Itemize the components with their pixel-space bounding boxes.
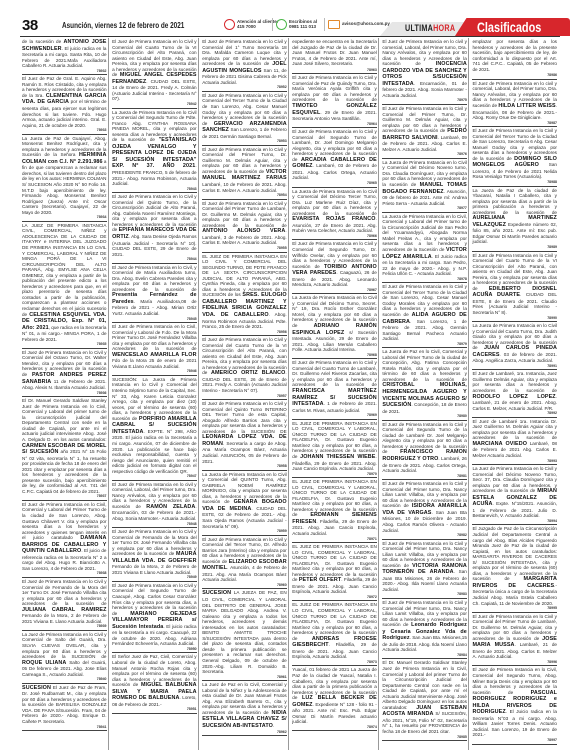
notice-code: 78957 xyxy=(202,394,287,398)
legal-notice: El Juez de Primera Instancia en lo Civil… xyxy=(472,127,557,186)
legal-notice: La Jueza de Primera Instancia en lo Civi… xyxy=(292,188,377,241)
section-badge: Clasificados xyxy=(455,18,570,36)
legal-notice: El Juez de Primera Instancia en lo Civil… xyxy=(382,105,467,159)
column-3: El Juez de Primera Instancia en lo Civil… xyxy=(202,38,289,750)
legal-notice: El Juez de Primera Instancia en lo Civil… xyxy=(382,599,467,659)
notice-code: 78976 xyxy=(382,152,467,156)
legal-notice: La Jueza de Paz de Guajayví, Abog. Monse… xyxy=(22,135,107,222)
legal-notice: La Jueza de Primera Instancia en lo Civi… xyxy=(112,109,197,194)
section-title: Clasificados xyxy=(477,19,541,35)
brand-logo: ULTIMAHORA xyxy=(405,23,455,33)
notice-text: El Juez de Paz de Fram, Dr. José Rudbarn… xyxy=(22,685,107,724)
notice-code: 78986 xyxy=(472,73,557,77)
notice-text: El Dr. Manuel Gerardo Saldivar Stanley J… xyxy=(22,398,107,442)
legal-notice: El Juez de Primera Instancia en lo civil… xyxy=(112,481,197,528)
notice-text: La Jueza de Paz en lo Civil, Comercial y… xyxy=(382,349,467,382)
decedent-name: ANTONIO ALONSO VERA xyxy=(202,228,285,234)
newspaper-page: 38 Asunción, viernes 12 de febrero de 20… xyxy=(0,0,580,756)
legal-notice: El Juez de Primera Instancia en lo civil… xyxy=(472,80,557,127)
legal-notice: EL JUEZ DE PRIMERA INSTANCIA EN LO CIVIL… xyxy=(292,478,377,543)
whatsapp-contact: Escribinos al0981 111 013 xyxy=(276,16,317,32)
legal-notice: El Juez de Primera Instancia en lo Civil… xyxy=(202,200,287,253)
notice-text: La Juez de Primera Instancia en lo Civil… xyxy=(22,632,107,659)
decedent-name: SUCESION xyxy=(202,590,231,596)
notice-code: 78997 xyxy=(472,738,557,742)
notice-code: 78967 xyxy=(292,288,377,292)
legal-notice: El Juez de Primera Instancia en lo Civil… xyxy=(382,283,467,348)
decedent-name: SUCESION xyxy=(22,685,51,691)
legal-notice: El Juez de Primera Instancia en lo Civil… xyxy=(112,323,197,376)
notice-code: 78950 xyxy=(112,647,197,651)
legal-notice: El Juez de Primera Instancia en lo civil… xyxy=(382,38,467,105)
notice-code: 78961 xyxy=(202,675,287,679)
whatsapp-icon xyxy=(276,19,287,30)
contact-value: 415 7000 xyxy=(237,24,256,29)
column-2: El Juez de Primera Instancia en lo Civil… xyxy=(112,38,199,750)
notice-code: 78949 xyxy=(112,575,197,579)
notice-code: 78972 xyxy=(292,595,377,599)
notice-code: 78936 xyxy=(22,391,107,395)
notice-text: El Juez de Primera Instancia en lo Civil… xyxy=(112,265,197,292)
notice-code: 78958 xyxy=(202,464,287,468)
notice-code: 78951 xyxy=(112,707,197,711)
contact-label: Escribinos al xyxy=(289,19,317,24)
notice-code: 78948 xyxy=(112,522,197,526)
notice-text: El Juez de Primera Instancia en lo Civil… xyxy=(112,324,197,351)
legal-notice: El Juez de Primera Instancia en lo Civil… xyxy=(112,528,197,582)
legal-notice: El Juzgado de Paz de la Circunscripción … xyxy=(472,525,557,612)
notice-code: 78935 xyxy=(22,342,107,346)
notice-text: El Juez de Primera Instancia en lo Civil… xyxy=(202,201,287,228)
notice-code: 78984 xyxy=(382,653,467,657)
notice-code: 78943 xyxy=(112,187,197,191)
legal-notice: El Juez de Lambaré 1ra. Instancia Dr. Ju… xyxy=(472,418,557,465)
legal-notice: El Juez de Primera Instancia en lo Civil… xyxy=(202,336,287,400)
notice-code: 78944 xyxy=(112,257,197,261)
notice-text: Fdo de la Mora 25 de enero de 2021 Vivia… xyxy=(112,358,197,369)
notice-code: 78973 xyxy=(292,660,377,664)
legal-notice: La Jueza de Primera Instancia en lo Civi… xyxy=(292,294,377,359)
notice-text: El Juez de Lambaré, 1ra. Instancia, Juez… xyxy=(472,371,557,393)
notice-code: 78954 xyxy=(202,193,287,197)
notice-text: EL JUEZ DE PRIMERA INSTANCIA EN LO CIVIL… xyxy=(202,254,287,298)
notice-text: año 2021 N° 15 Folio N° 02 vita, secreta… xyxy=(22,449,107,494)
decedent-name: JULIANA CABRAL RAMIREZ xyxy=(22,607,107,613)
column-1: de la sucesión de ANTONIO JOSE SCHWENDLE… xyxy=(22,38,109,750)
notice-code: 78996 xyxy=(472,660,557,664)
notice-text: La Jueza de Paz de la ciudad de Ybacaraí… xyxy=(472,188,557,215)
notice-text: El Juez de Lambaré 1ra. Instancia Dr. Ju… xyxy=(472,419,557,441)
legal-notice: EL JUEZ DE PRIMERA INSTANCIA EN LO CIVIL… xyxy=(292,543,377,601)
legal-notice: La Jueza de Primera Instancia en lo Civi… xyxy=(472,322,557,370)
legal-notice: El Juez de Primera Instancia en lo Civil… xyxy=(112,193,197,264)
legal-notice: SUCESION El Juez de Paz de Fram, Dr. Jos… xyxy=(22,684,107,731)
notice-text: . EXPTE. N° 298, AÑO 2020. El juicio rad… xyxy=(112,429,197,474)
decedent-name: RAMÓN ZELADA xyxy=(146,504,195,510)
legal-notice: El Juez de Primera Instancia en lo Civil… xyxy=(382,421,467,480)
notice-code: 78995 xyxy=(472,606,557,610)
phone-icon xyxy=(224,19,235,30)
notice-code: 78974 xyxy=(292,725,377,729)
column-6: emplazar por sesenta días a los heredero… xyxy=(472,38,558,750)
notice-text: El Juez de Primera Instancia en lo Civil… xyxy=(202,401,287,434)
notice-text: Fernando de la Mora, 2 de Febrero de 202… xyxy=(22,613,107,624)
notice-text: Lambaré, 10 de Febrero de 2021. Abog. Ca… xyxy=(202,182,287,193)
legal-notice: El Juez de Primera Instancia en lo Civil… xyxy=(472,613,557,667)
notice-code: 78939 xyxy=(22,624,107,628)
notice-code: 78934 xyxy=(22,215,107,219)
notice-code: 78969 xyxy=(292,413,377,417)
notice-text: El Juez de Primera Instancia en lo Civil… xyxy=(292,75,377,102)
page-header: 38 Asunción, viernes 12 de febrero de 20… xyxy=(0,0,580,34)
notice-code: 78962 xyxy=(202,730,287,734)
legal-notice: El Juez de Paz de Gral. E. Aquino Abg. R… xyxy=(22,75,107,134)
notice-code: 78955 xyxy=(202,246,287,250)
legal-notice: El Juez de Primera Instancia en lo Civil… xyxy=(292,359,377,419)
decedent-name: JOHANN THIESSEN WIEBE xyxy=(300,454,375,460)
notice-code: 78968 xyxy=(292,353,377,357)
notice-code: 78942 xyxy=(112,102,197,106)
legal-notice: SUCESIÓN: La Jueza de Primera Instancia … xyxy=(112,376,197,481)
notice-text: La Jueza de Primera Instancia en lo Civi… xyxy=(292,189,377,216)
notice-code: 78990 xyxy=(472,316,557,320)
notice-text: emplazar por sesenta días a los heredero… xyxy=(472,39,557,72)
notice-code: 78963 xyxy=(292,68,377,72)
brand-part2: HORA xyxy=(433,23,455,33)
decedent-name: MARCIANA OVIEDO xyxy=(472,441,527,447)
notice-code: 78988 xyxy=(472,180,557,184)
notice-code: 78965 xyxy=(292,181,377,185)
contact-value: avisos@uhora.com.py xyxy=(342,21,390,27)
decedent-name: RODOLFO LOPEZ LOPEZ xyxy=(472,394,555,400)
legal-notice: de la sucesión de ANTONIO JOSE SCHWENDLE… xyxy=(22,38,107,75)
legal-notice: El Juez de Primera Instancia en lo Civil… xyxy=(202,400,287,471)
notice-code: 78940 xyxy=(22,677,107,681)
column-4: expediente se encuentra en la Secretaría… xyxy=(292,38,379,750)
legal-notice: La Juez de Paz en lo Civil, Comercial y … xyxy=(202,681,287,736)
notice-text: LA JUEZ DE PRIMERA INSTANCIA CIVIL, COME… xyxy=(22,223,107,317)
legal-notice: El Juez de Primera Instancia en lo Civil… xyxy=(472,666,557,744)
decedent-name: AMERICO ORTIZ BLANCO xyxy=(211,370,285,376)
legal-notice: El Juez de Primera Instancia en lo Civil… xyxy=(202,92,287,146)
legal-notice: emplazar por sesenta días a los heredero… xyxy=(472,38,557,80)
legal-notice: El Juez de Primera Instancia en lo Civil… xyxy=(202,38,287,92)
notice-code: 78947 xyxy=(112,474,197,478)
legal-notice: EL JUEZ DE PRIMERA INSTANCIA EN LO CIVIL… xyxy=(202,253,287,337)
decedent-name: HILDA LITTER WEISS xyxy=(498,103,555,109)
customer-service-contact: Atención al cliente:415 7000 xyxy=(224,16,278,32)
legal-notice: El Juez de Primera Instancia en lo Civil… xyxy=(382,540,467,599)
notice-text: . xyxy=(273,723,274,728)
notice-code: 78970 xyxy=(292,472,377,476)
page-number: 38 xyxy=(22,17,38,34)
notice-text: El Juez de Primera Instancia en lo Civil… xyxy=(22,579,107,606)
legal-notice: El Juez de Primera Instancia en lo Civil… xyxy=(202,146,287,200)
notice-code: 78983 xyxy=(382,592,467,596)
legal-notice: EL JUEZ DE PRIMERA INSTANCIA EN LO CIVIL… xyxy=(292,420,377,478)
divider xyxy=(324,18,325,31)
legal-notice: LA JUEZ DE PRIMERA INSTANCIA CIVIL, COME… xyxy=(22,222,107,349)
legal-notice: La Jueza de Primera Instancia en lo Civi… xyxy=(202,471,287,536)
notice-code: 78992 xyxy=(472,411,557,415)
notice-text: El Dr. Manuel Gerardo Saldivar Stanley J… xyxy=(382,660,467,709)
email-contact: avisos@uhora.com.py xyxy=(328,16,390,32)
legal-notice: La Juez de Primera Instancia en lo Civil… xyxy=(472,465,557,525)
legal-notice: expediente se encuentra en la Secretaría… xyxy=(292,38,377,74)
notice-code: 78977 xyxy=(382,206,467,210)
notice-code: 78982 xyxy=(382,533,467,537)
notice-text: expediente se encuentra en la Secretaría… xyxy=(292,39,377,66)
notice-code: 78979 xyxy=(382,342,467,346)
legal-notice: El Juez de Primera Instancia en lo Civil… xyxy=(382,480,467,539)
notice-code: 78960 xyxy=(202,583,287,587)
notice-code: 78985 xyxy=(382,735,467,739)
legal-notice: El Juez de Primera Instancia en lo Civil… xyxy=(112,582,197,654)
notice-code: 78981 xyxy=(382,474,467,478)
notice-code: 78953 xyxy=(202,139,287,143)
dateline: Asunción, viernes 12 de febrero de 2021 xyxy=(62,21,184,30)
notice-code: 78937 xyxy=(22,494,107,498)
legal-notice: La Jueza de Paz de la ciudad de Ybacaraí… xyxy=(472,187,557,252)
notice-code: 78987 xyxy=(472,121,557,125)
notice-code: 78964 xyxy=(292,122,377,126)
legal-notice: El Juez de Primera Instancia en lo Civil… xyxy=(472,252,557,323)
notice-text: de la sucesión de xyxy=(22,39,64,44)
notice-code: 78932 xyxy=(22,69,107,73)
notice-code: 78994 xyxy=(472,519,557,523)
legal-notice: El Juez de Primera Instancia en lo Civil… xyxy=(112,264,197,323)
legal-notice: El Dr. Manuel Gerardo Saldivar Stanley J… xyxy=(22,397,107,501)
legal-notice: El Juez de Primera Instancia en lo Civil… xyxy=(292,74,377,128)
notice-code: 78945 xyxy=(112,317,197,321)
legal-notice: El Juez de Primera Instancia en lo Civil… xyxy=(22,501,107,578)
notice-code: 78966 xyxy=(292,234,377,238)
brand-part1: ULTIMA xyxy=(405,23,433,33)
notice-code: 78952 xyxy=(202,85,287,89)
notice-text: a fin de que comparezcan a reclamar sus … xyxy=(22,159,107,215)
column-5: El Juez de Primera Instancia en lo civil… xyxy=(382,38,469,750)
notice-code: 78959 xyxy=(202,529,287,533)
legal-notice: El Juez de Primera Instancia en lo Civil… xyxy=(202,536,287,590)
legal-notice: La Jueza de Primera Instancia en lo Civi… xyxy=(382,159,467,213)
notice-code: 78941 xyxy=(22,725,107,729)
header-rule xyxy=(20,36,560,37)
legal-notice: La Jueza de Paz en lo Civil, Comercial y… xyxy=(382,348,467,421)
legal-notice: El Señor Juez de Paz, Civil, Comercial y… xyxy=(112,653,197,713)
decedent-name: PETER OLFERT xyxy=(299,577,341,583)
contact-value: 0981 111 013 xyxy=(289,24,316,29)
legal-notice: EL JUEZ DE PRIMERA INSTANCIA EN LO CIVIL… xyxy=(292,601,377,666)
legal-notice: El Dr. Manuel Gerardo Saldivar Stanley J… xyxy=(382,659,467,741)
legal-notice: SUCESION LA JUEZA DE PAZ, EN LO CIVIL, C… xyxy=(202,589,287,681)
notice-code: 78978 xyxy=(382,277,467,281)
notice-code: 78980 xyxy=(382,414,467,418)
notice-text: SUCESIÓN: La Jueza de Primera Instancia … xyxy=(112,377,197,421)
notice-code: 78991 xyxy=(472,364,557,368)
notice-code: 78933 xyxy=(22,128,107,132)
legal-notice: La Jueza de Primera Instancia en lo Civi… xyxy=(382,213,467,284)
decedent-name: ROQUE ULIANA xyxy=(22,660,66,666)
classifieds-columns: de la sucesión de ANTONIO JOSE SCHWENDLE… xyxy=(22,38,558,750)
divider xyxy=(272,18,273,31)
email-icon xyxy=(328,20,340,29)
notice-code: 78993 xyxy=(472,459,557,463)
legal-notice: El Juez de Lambaré, 1ra. Instancia, Juez… xyxy=(472,370,557,417)
notice-text: Fernando de la Mora, 2 de Febrero de 202… xyxy=(112,564,197,575)
notice-code: 78938 xyxy=(22,571,107,575)
notice-code: 78946 xyxy=(112,369,197,373)
legal-notice: Yuacaí, 01 febrero de 2021 La Jueza de P… xyxy=(292,666,377,731)
notice-text: El Juez de Primera Instancia en lo Civil… xyxy=(292,360,377,387)
notice-text: El Juzgado de Paz de la Circunscripción … xyxy=(472,526,557,581)
legal-notice: La Juez de Primera Instancia en lo Civil… xyxy=(22,631,107,684)
decedent-name: WENCESLAO AMARILLA FLOR xyxy=(112,352,197,358)
decedent-name: EVARISTA ROJAS FRANCO xyxy=(292,216,375,222)
legal-notice: El Juez de Primera Instancia en lo Civil… xyxy=(22,578,107,631)
notice-text: LA JUEZA DE PAZ, EN LO CIVIL, COMERCIAL … xyxy=(202,590,287,674)
notice-code: 78975 xyxy=(382,98,467,102)
notice-code: 78956 xyxy=(202,330,287,334)
legal-notice: El Juez de Primera Instancia en lo Civil… xyxy=(292,128,377,187)
notice-code: 78989 xyxy=(472,245,557,249)
legal-notice: El Juez de Primera Instancia en lo Civil… xyxy=(112,38,197,109)
legal-notice: El Juez de Primera Instancia en lo Civil… xyxy=(292,240,377,294)
legal-notice: El Juez de Primera Instancia en lo Civil… xyxy=(22,349,107,397)
notice-code: 78971 xyxy=(292,537,377,541)
